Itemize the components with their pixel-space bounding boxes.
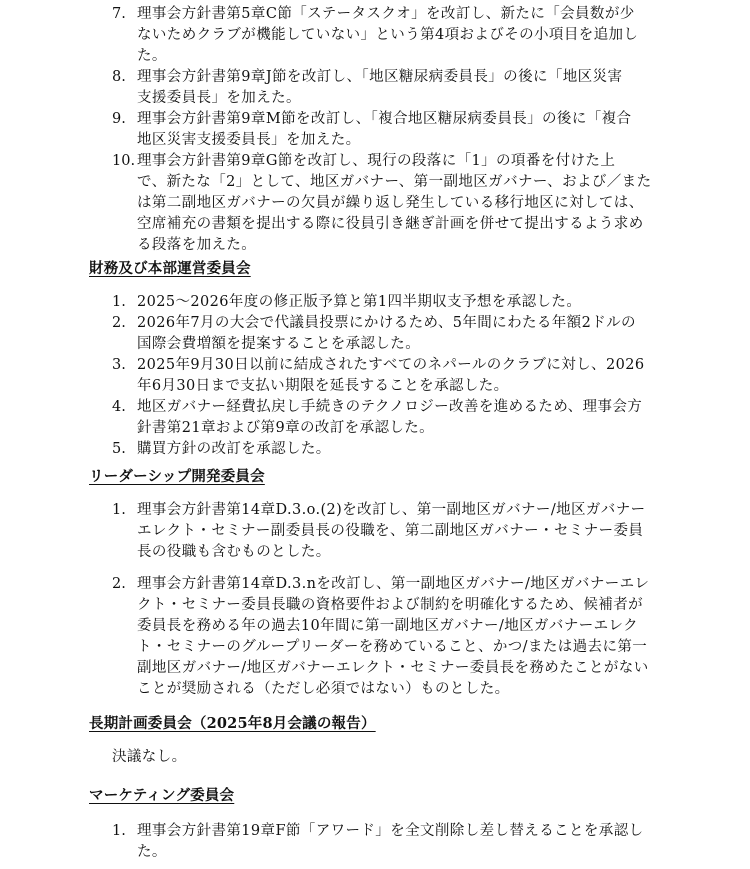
list-number: 1. [112, 821, 126, 842]
list-item-text: エレクト・セミナー副委員長の役職を、第二副地区ガバナー・セミナー委員 [137, 521, 643, 542]
list-item-text: ことが奨励される（ただし必須ではない）ものとした。 [137, 679, 510, 700]
list-item-text: 支援委員長」を加えた。 [137, 88, 301, 109]
list-item-text: は第二副地区ガバナーの欠員が繰り返し発生している移行地区に対しては、 [137, 193, 644, 214]
list-item-text: 理事会方針書第9章G節を改訂し、現行の段落に「1」の項番を付けた上 [137, 151, 615, 172]
list-item-text: で、新たな「2」として、地区ガバナー、第一副地区ガバナー、および／また [137, 172, 651, 193]
list-number: 5. [112, 439, 126, 460]
list-item-text: 理事会方針書第5章C節「ステータスクオ」を改訂し、新たに「会員数が少 [137, 4, 635, 25]
list-item-text: 2025〜2026年度の修正版予算と第1四半期収支予想を承認した。 [137, 292, 581, 313]
section-body: 決議なし。 [112, 747, 187, 768]
list-number: 2. [112, 313, 126, 334]
list-number: 1. [112, 292, 126, 313]
list-item-text: 理事会方針書第9章M節を改訂し、「複合地区糖尿病委員長」の後に「複合 [137, 109, 631, 130]
list-item-text: 空席補充の書類を提出する際に役員引き継ぎ計画を併せて提出するよう求め [137, 214, 644, 235]
list-number: 7. [112, 4, 126, 25]
list-item-text: 購買方針の改訂を承認した。 [137, 439, 331, 460]
list-item-text: 理事会方針書第14章D.3.nを改訂し、第一副地区ガバナー/地区ガバナーエレ [137, 574, 649, 595]
list-item-text: 針書第21章および第9章の改訂を承認した。 [137, 418, 434, 439]
list-item-text: ト・セミナーのグループリーダーを務めていること、かつ/または過去に第一 [137, 637, 647, 658]
list-number: 3. [112, 355, 126, 376]
list-number: 10. [112, 151, 135, 172]
list-item-text: 理事会方針書第19章F節「アワード」を全文削除し差し替えることを承認し [137, 821, 644, 842]
list-item-text: た。 [137, 46, 167, 67]
list-item-text: 国際会費増額を提案することを承認した。 [137, 334, 420, 355]
section-heading: 長期計画委員会（2025年8月会議の報告） [89, 713, 376, 734]
section-heading: リーダーシップ開発委員会 [89, 466, 265, 487]
list-item-text: 長の役職も含むものとした。 [137, 542, 331, 563]
list-item-text: 地区災害支援委員長」を加えた。 [137, 130, 361, 151]
list-item-text: 2026年7月の大会で代議員投票にかけるため、5年間にわたる年額2ドルの [137, 313, 636, 334]
list-item-text: クト・セミナー委員長職の資格要件および制約を明確化するため、候補者が [137, 595, 643, 616]
list-item-text: た。 [137, 842, 167, 863]
list-item-text: 年6月30日まで支払い期限を延長することを承認した。 [137, 376, 509, 397]
list-item-text: 理事会方針書第9章J節を改訂し、「地区糖尿病委員長」の後に「地区災害 [137, 67, 622, 88]
list-item-text: 2025年9月30日以前に結成されたすべてのネパールのクラブに対し、2026 [137, 355, 644, 376]
section-heading: 財務及び本部運営委員会 [89, 258, 251, 279]
list-number: 2. [112, 574, 126, 595]
list-item-text: 委員長を務める年の過去10年間に第一副地区ガバナー/地区ガバナーエレク [137, 616, 638, 637]
list-number: 9. [112, 109, 126, 130]
list-item-text: ないためクラブが機能していない」という第4項およびその小項目を追加し [137, 25, 638, 46]
list-item-text: る段落を加えた。 [137, 235, 256, 256]
section-heading: マーケティング委員会 [89, 785, 234, 806]
list-item-text: 地区ガバナー経費払戻し手続きのテクノロジー改善を進めるため、理事会方 [137, 397, 642, 418]
list-number: 8. [112, 67, 126, 88]
list-item-text: 理事会方針書第14章D.3.o.(2)を改訂し、第一副地区ガバナー/地区ガバナー [137, 500, 646, 521]
list-number: 4. [112, 397, 126, 418]
list-number: 1. [112, 500, 126, 521]
list-item-text: 副地区ガバナー/地区ガバナーエレクト・セミナー委員長を務めたことがない [137, 658, 649, 679]
